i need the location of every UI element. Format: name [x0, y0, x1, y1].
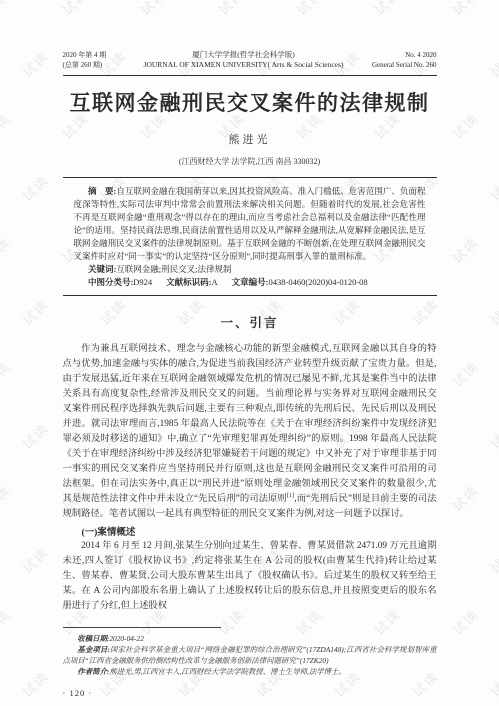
funding-line: 基金项目:国家社会科学基金重大项目“网络金融犯罪的综合治理研究”(17ZDA14…: [63, 644, 437, 666]
case-paragraph: 2014 年 6 月至 12 月间,张某生分别向过某生、曾某春、曹某贤借款 24…: [63, 539, 437, 614]
paper-page: 试读试读试读试读试读试读试读试读试读试读试读试读试读试读试读试读试读试读试读试读…: [0, 0, 499, 706]
author-name: 熊进光: [63, 131, 437, 147]
doc-code-value: A: [212, 277, 218, 287]
journal-title-cn: 厦门大学学报(哲学社会科学版): [143, 50, 345, 60]
author-bio-value: 熊进光,男,江西宜丰人,江西财经大学法学院教授、博士生导师,法学博士。: [109, 667, 346, 676]
page-content: 2020 年第 4 期 (总第 260 期) 厦门大学学报(哲学社会科学版) J…: [63, 0, 437, 698]
section-heading-introduction: 一、引言: [63, 313, 437, 331]
received-date-value: 2020-04-22: [109, 634, 144, 643]
watermark-text: 试读: [486, 170, 499, 205]
intro-paragraph-text: 作为兼具互联网技术、理念与金融核心功能的新型金融模式,互联网金融以其自身的特点与…: [63, 344, 437, 504]
article-id-value: 0438-0460(2020)04-0120-08: [269, 277, 368, 287]
abstract-text: 自互联网金融在我国萌芽以来,因其投资风险高、准入门槛低、危害范围广、负面程度深等…: [74, 186, 426, 261]
watermark-text: 试读: [486, 666, 499, 701]
watermark-text: 试读: [18, 46, 53, 81]
watermark-text: 试读: [486, 542, 499, 577]
watermark-text: 试读: [0, 356, 14, 391]
author-bio-line: 作者简介:熊进光,男,江西宜丰人,江西财经大学法学院教授、博士生导师,法学博士。: [63, 666, 437, 677]
watermark-text: 试读: [486, 46, 499, 81]
watermark-text: 试读: [448, 356, 483, 391]
keywords-text: 互联网金融;刑民交叉;法律规制: [116, 264, 231, 274]
watermark-text: 试读: [448, 108, 483, 143]
received-date-line: 收稿日期:2020-04-22: [63, 633, 437, 644]
footnotes-block: 收稿日期:2020-04-22 基金项目:国家社会科学基金重大项目“网络金融犯罪…: [63, 633, 437, 677]
article-id-label: 文章编号:: [232, 277, 269, 287]
watermark-text: 试读: [0, 604, 14, 639]
journal-issue-en: No. 4 2020 General Serial No. 260: [345, 50, 437, 70]
watermark-text: 试读: [18, 170, 53, 205]
abstract-paragraph: 摘 要:自互联网金融在我国萌芽以来,因其投资风险高、准入门槛低、危害范围广、负面…: [74, 185, 426, 263]
classification-line: 中图分类号:D924文献标识码:A文章编号:0438-0460(2020)04-…: [74, 276, 426, 289]
issue-cn-line1: 2020 年第 4 期: [63, 50, 143, 60]
keywords-line: 关键词:互联网金融;刑民交叉;法律规制: [74, 263, 426, 276]
abstract-rule: [63, 295, 437, 296]
watermark-text: 试读: [448, 232, 483, 267]
issue-en-line1: No. 4 2020: [345, 50, 437, 60]
journal-title-en: JOURNAL OF XIAMEN UNIVERSITY( Arts & Soc…: [143, 60, 345, 70]
clc-label: 中图分类号:: [88, 277, 133, 287]
doc-code-pair: 文献标识码:A: [166, 277, 217, 287]
watermark-text: 试读: [0, 108, 14, 143]
case-summary-subheading: (一)案情概述: [63, 524, 437, 538]
page-number: · 120 ·: [63, 688, 437, 698]
header-rule: [63, 75, 437, 76]
watermark-text: 试读: [18, 542, 53, 577]
received-date-label: 收稿日期:: [77, 634, 109, 643]
funding-label: 基金项目:: [77, 645, 110, 654]
watermark-text: 试读: [0, 480, 14, 515]
article-id-pair: 文章编号:0438-0460(2020)04-0120-08: [232, 277, 368, 287]
author-affiliation: (江西财经大学 法学院,江西 南昌 330032): [63, 156, 437, 167]
journal-title: 厦门大学学报(哲学社会科学版) JOURNAL OF XIAMEN UNIVER…: [143, 50, 345, 70]
abstract-label: 摘 要:: [88, 186, 116, 196]
intro-paragraph: 作为兼具互联网技术、理念与金融核心功能的新型金融模式,互联网金融以其自身的特点与…: [63, 342, 437, 522]
journal-issue-cn: 2020 年第 4 期 (总第 260 期): [63, 50, 143, 70]
clc-pair: 中图分类号:D924: [88, 277, 152, 287]
journal-header: 2020 年第 4 期 (总第 260 期) 厦门大学学报(哲学社会科学版) J…: [63, 50, 437, 70]
clc-value: D924: [133, 277, 152, 287]
watermark-text: 试读: [18, 666, 53, 701]
keywords-label: 关键词:: [88, 264, 116, 274]
watermark-text: 试读: [448, 604, 483, 639]
article-title: 互联网金融刑民交叉案件的法律规制: [63, 90, 437, 116]
watermark-text: 试读: [448, 0, 483, 19]
watermark-text: 试读: [18, 418, 53, 453]
watermark-text: 试读: [448, 480, 483, 515]
doc-code-label: 文献标识码:: [166, 277, 211, 287]
watermark-text: 试读: [18, 294, 53, 329]
watermark-text: 试读: [0, 0, 14, 19]
issue-en-line2: General Serial No. 260: [345, 60, 437, 70]
watermark-text: 试读: [486, 294, 499, 329]
watermark-text: 试读: [486, 418, 499, 453]
issue-cn-line2: (总第 260 期): [63, 60, 143, 70]
affiliation-rule: [63, 177, 437, 178]
author-bio-label: 作者简介:: [77, 667, 109, 676]
watermark-text: 试读: [0, 232, 14, 267]
footnote-separator: [63, 627, 221, 628]
abstract-block: 摘 要:自互联网金融在我国萌芽以来,因其投资风险高、准入门槛低、危害范围广、负面…: [74, 185, 426, 289]
funding-value: 国家社会科学基金重大项目“网络金融犯罪的综合治理研究”(17ZDA148);江西…: [63, 645, 437, 665]
